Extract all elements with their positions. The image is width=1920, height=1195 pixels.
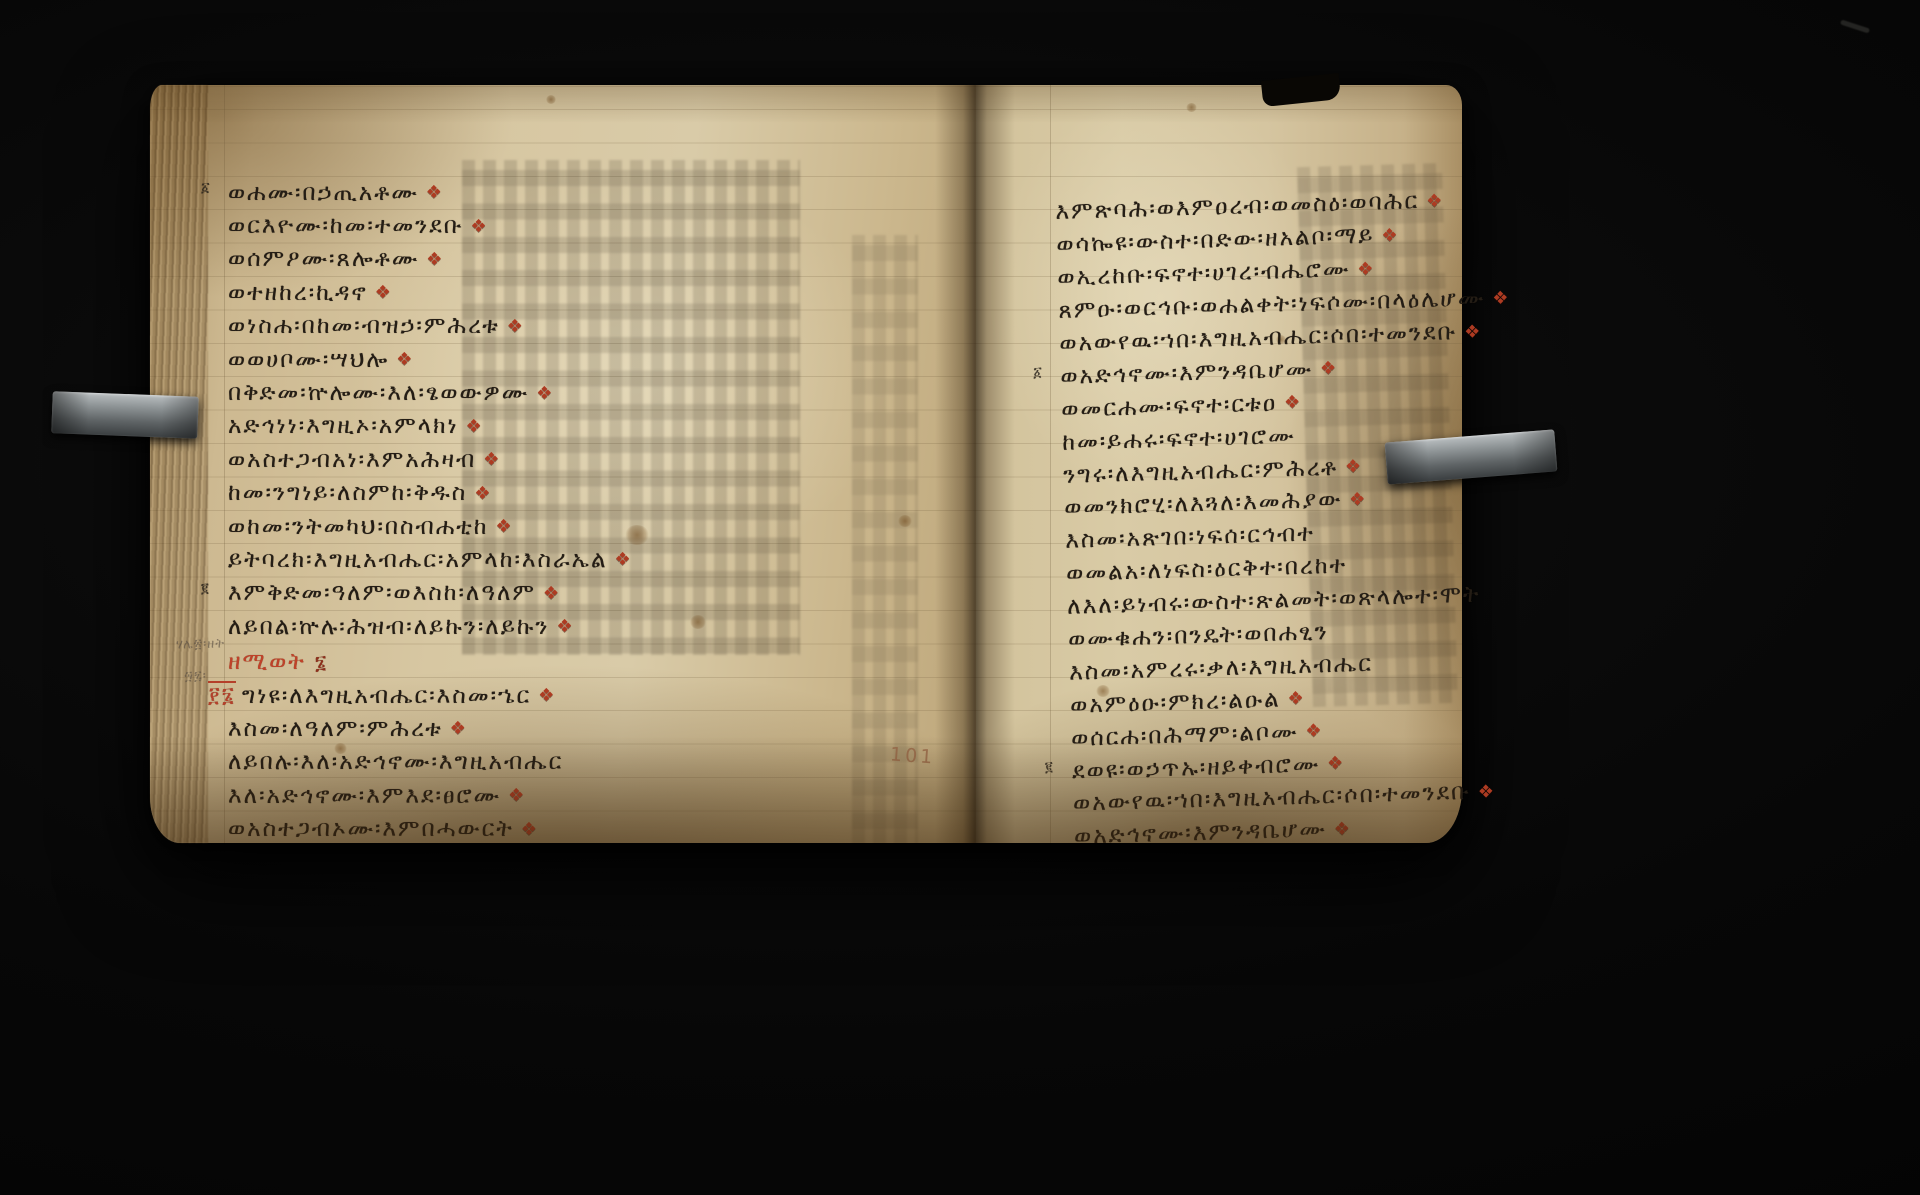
red-cross-ornament: ❖ [508,785,526,806]
geez-text: ደወዩ፡ወኃጥኡ፡ዘይቀብሮሙ [1072,751,1321,784]
geez-text: ወመርሐሙ፡ፍኖተ፡ርቱዐ [1061,390,1278,422]
red-cross-ornament: ❖ [1357,258,1376,280]
geez-text: ግነዩ፡ለእግዚአብሔር፡እስመ፡ኄር [242,683,531,709]
red-cross-ornament: ❖ [1345,456,1364,478]
geez-text: ወሙቁሐን፡በንዴት፡ወበሐፂን [1068,619,1329,653]
pencil-margin-note: ሃሌ፳፡ዘት [176,636,225,652]
folio-number: 101 [889,743,936,768]
manuscript-text-line: ወርእዮሙ፡ከመ፡ተመንደቡ❖ [228,209,868,242]
left-page: ፩ወሐሙ፡በኃጢአቶሙ❖ወርእዮሙ፡ከመ፡ተመንደቡ❖ወሰምዖሙ፡ጸሎቶሙ❖ወተ… [150,85,976,843]
red-cross-ornament: ❖ [1381,225,1400,247]
left-text-block: ፩ወሐሙ፡በኃጢአቶሙ❖ወርእዮሙ፡ከመ፡ተመንደቡ❖ወሰምዖሙ፡ጸሎቶሙ❖ወተ… [228,176,868,846]
metal-page-weight-left [51,391,199,439]
geez-text: ለይበል፡ኵሉ፡ሕዝብ፡ለይኩን፡ለይኩን [228,614,549,640]
red-cross-ornament: ❖ [1464,321,1483,343]
red-cross-ornament: ❖ [1327,753,1346,775]
geez-text: ንግሩ፡ለእግዚአብሔር፡ምሕረቶ [1063,454,1338,488]
red-cross-ornament: ❖ [470,216,488,237]
geez-text: ወሰርሐ፡በሕማም፡ልቦሙ [1071,719,1299,752]
verse-margin-mark: ፩ [1033,365,1042,381]
red-cross-ornament: ❖ [538,685,556,706]
geez-text: ከመ፡ይሐሩ፡ፍኖተ፡ሀገሮሙ [1062,423,1296,456]
geez-text: እስመ፡አምረሩ፡ቃለ፡እግዚአብሔር [1069,651,1374,686]
red-cross-ornament: ❖ [1492,287,1511,309]
verse-margin-mark: ፪ [1045,759,1053,775]
red-cross-ornament: ❖ [507,316,525,337]
red-cross-ornament: ❖ [536,383,554,404]
manuscript-text-line: ወከመ፡ንትመካህ፡በስብሐቲከ❖ [228,510,868,543]
manuscript-text-line: በቅድመ፡ኵሎሙ፡እለ፡ፄወውዎሙ❖ [228,376,868,409]
geez-text: ወመልአ፡ለነፍስ፡ዕርቅተ፡በረከተ [1066,553,1348,587]
red-cross-ornament: ❖ [556,616,574,637]
manuscript-text-line: ወወሀቦሙ፡ሣህሎ❖ [228,343,868,376]
geez-text: ዘሚወት [228,649,306,675]
manuscript-book: ፩ወሐሙ፡በኃጢአቶሙ❖ወርእዮሙ፡ከመ፡ተመንደቡ❖ወሰምዖሙ፡ጸሎቶሙ❖ወተ… [150,85,1462,843]
red-cross-ornament: ❖ [1320,358,1339,380]
red-cross-ornament: ❖ [521,819,539,840]
manuscript-text-line: እለ፡አድኅኖሙ፡እምእደ፡ፀሮሙ❖ [228,779,868,812]
geez-text: ወመንክሮሂ፡ለእጓለ፡እመሕያው [1064,487,1343,521]
geez-text: ከመ፡ንግነይ፡ለስምከ፡ቅዱስ [228,480,467,506]
rubric-line: ዘሚወት፮ [228,645,868,678]
manuscript-text-line: ለይበል፡ኵሉ፡ሕዝብ፡ለይኩን፡ለይኩን❖ [228,610,868,643]
manuscript-text-line: ወአስተጋብኦሙ፡እምበሓውርት❖ [228,812,868,845]
manuscript-text-line: ወአስተጋብአነ፡እምአሕዛብ❖ [228,443,868,476]
geez-text: ወአድኅኖሙ፡እምንዳቤሆሙ [1060,356,1314,389]
red-cross-ornament: ❖ [450,718,468,739]
manuscript-text-line: አድኅነነ፡እግዚኦ፡አምላክነ❖ [228,410,868,443]
geez-text: ለይበሉ፡እለ፡አድኅኖሙ፡እግዚአብሔር [228,749,563,775]
red-cross-ornament: ❖ [466,416,484,437]
geez-text: በቅድመ፡ኵሎሙ፡እለ፡ፄወውዎሙ [228,380,529,406]
red-cross-ornament: ❖ [1287,688,1306,710]
stain [898,515,912,527]
red-cross-ornament: ❖ [1349,489,1368,511]
geez-text: አድኅነነ፡እግዚኦ፡አምላክነ [228,413,459,439]
photo-canvas: ፩ወሐሙ፡በኃጢአቶሙ❖ወርእዮሙ፡ከመ፡ተመንደቡ❖ወሰምዖሙ፡ጸሎቶሙ❖ወተ… [0,0,1920,1195]
red-cross-ornament: ❖ [615,549,633,570]
geez-text: እስመ፡ለዓለም፡ምሕረቱ [228,716,443,742]
geez-text: ወርእዮሙ፡ከመ፡ተመንደቡ [228,213,463,239]
page-edge-stack [150,85,208,843]
red-cross-ornament: ❖ [426,249,444,270]
geez-text: ወከመ፡ንትመካህ፡በስብሐቲከ [228,514,489,540]
verse-margin-mark: ፩ [201,180,210,196]
stain [546,95,556,104]
geez-text: እምቅድመ፡ዓለም፡ወእስከ፡ለዓለም [228,580,536,606]
geez-text: ወኢረከቡ፡ፍኖተ፡ሀገረ፡ብሔሮሙ [1057,256,1351,291]
geez-text: ወአስተጋብአነ፡እምአሕዛብ [228,447,476,473]
manuscript-text-line: ፩ወሐሙ፡በኃጢአቶሙ❖ [228,176,868,209]
red-cross-ornament: ❖ [496,516,514,537]
manuscript-text-line: ለይበሉ፡እለ፡አድኅኖሙ፡እግዚአብሔር [228,746,868,779]
red-cross-ornament: ❖ [1333,818,1352,840]
geez-text: ወሰምዖሙ፡ጸሎቶሙ [228,246,419,272]
rubric-numeral: ፮ [315,650,329,674]
geez-text: ወአድኅኖሙ፡እምንዳቤሆሙ [1074,817,1328,850]
right-text-block: እምጽባሕ፡ወእምዐረብ፡ወመስዕ፡ወባሕር❖ወሳኰዩ፡ውስተ፡በድው፡ዘአልቦ… [1055,183,1504,853]
manuscript-text-line: ይትባረክ፡እግዚአብሔር፡አምላከ፡እስራኤል❖ [228,543,868,576]
geez-text: ወነስሐ፡በከመ፡ብዝኃ፡ምሕረቱ [228,313,500,339]
manuscript-text-line: እስመ፡ለዓለም፡ምሕረቱ❖ [228,712,868,745]
manuscript-text-line: ወተዘከረ፡ኪዳኖ❖ [228,276,868,309]
stain [1186,103,1197,112]
manuscript-text-line: ፻፮ግነዩ፡ለእግዚአብሔር፡እስመ፡ኄር❖ [228,679,868,712]
geez-text: ይትባረክ፡እግዚአብሔር፡አምላከ፡እስራኤል [228,547,608,573]
red-cross-ornament: ❖ [1284,392,1303,414]
geez-text: ወአምዕዑ፡ምክረ፡ልዑል [1070,686,1281,718]
manuscript-text-line: ከመ፡ንግነይ፡ለስምከ፡ቅዱስ❖ [228,477,868,510]
red-cross-ornament: ❖ [396,349,414,370]
geez-text: ወወሀቦሙ፡ሣህሎ [228,347,389,373]
red-cross-ornament: ❖ [1305,720,1324,742]
red-cross-ornament: ❖ [1426,190,1445,212]
red-cross-ornament: ❖ [426,182,444,203]
verse-margin-mark: ፪ [201,581,209,597]
manuscript-text-line: ወሰምዖሙ፡ጸሎቶሙ❖ [228,243,868,276]
geez-text: ወሐሙ፡በኃጢአቶሙ [228,180,419,206]
geez-text: ወአስተጋብኦሙ፡እምበሓውርት [228,816,514,842]
manuscript-text-line: ወነስሐ፡በከመ፡ብዝኃ፡ምሕረቱ❖ [228,310,868,343]
manuscript-text-line: ፪እምቅድመ፡ዓለም፡ወእስከ፡ለዓለም❖ [228,577,868,610]
geez-text: እለ፡አድኅኖሙ፡እምእደ፡ፀሮሙ [228,783,501,809]
red-cross-ornament: ❖ [483,449,501,470]
red-cross-ornament: ❖ [375,282,393,303]
pencil-margin-note: ፵፯፡ [184,669,207,685]
psalm-number-rubric: ፻፮ [208,683,236,708]
geez-text: እስመ፡አጽገበ፡ነፍሰ፡ርኅብተ [1065,521,1315,554]
background-scratch [1840,19,1870,33]
geez-text: ወተዘከረ፡ኪዳኖ [228,280,368,306]
red-cross-ornament: ❖ [1478,781,1497,803]
red-cross-ornament: ❖ [474,483,492,504]
red-cross-ornament: ❖ [543,583,561,604]
